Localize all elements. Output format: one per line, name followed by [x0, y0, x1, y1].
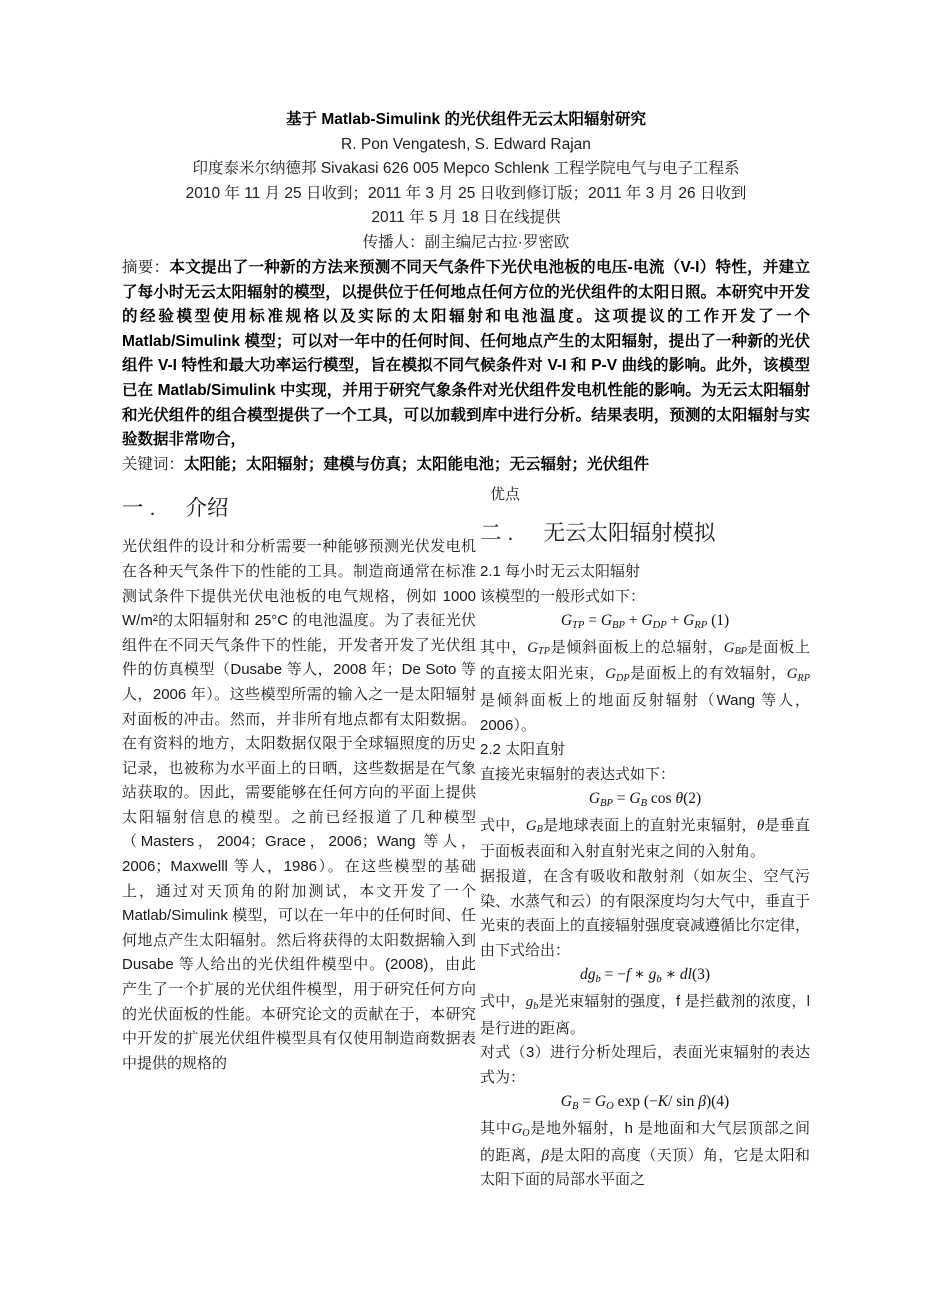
- keywords-label: 关键词：: [122, 456, 184, 473]
- section-2-heading: 二 .无云太阳辐射模拟: [480, 520, 810, 546]
- section-2-number: 二 .: [480, 521, 513, 545]
- equation-4: GB = GO exp (−K/ sin β)(4): [480, 1090, 810, 1117]
- equation-1-explanation: 其中，GTP是倾斜面板上的总辐射，GBP是面板上的直接太阳光束，GDP是面板上的…: [480, 636, 810, 738]
- subsection-2-1-heading: 2.1 每小时无云太阳辐射: [480, 560, 810, 585]
- page-content: 基于 Matlab-Simulink 的光伏组件无云太阳辐射研究 R. Pon …: [122, 108, 810, 1193]
- keywords-paragraph: 关键词：太阳能；太阳辐射；建模与仿真；太阳能电池；无云辐射；光伏组件: [122, 453, 810, 478]
- online-date-line: 2011 年 5 月 18 日在线提供: [122, 206, 810, 231]
- equation-3-explanation: 式中，gb是光束辐射的强度，f 是拦截剂的浓度，l 是行进的距离。: [480, 990, 810, 1041]
- abstract-paragraph: 摘要：本文提出了一种新的方法来预测不同天气条件下光伏电池板的电压-电流（V-I）…: [122, 256, 810, 453]
- keywords-text: 太阳能；太阳辐射；建模与仿真；太阳能电池；无云辐射；光伏组件: [184, 456, 649, 473]
- section-2-title: 无云太阳辐射模拟: [543, 521, 715, 545]
- equation-1: GTP = GBP + GDP + GRP (1): [480, 609, 810, 636]
- right-column: 优点 二 .无云太阳辐射模拟 2.1 每小时无云太阳辐射 该模型的一般形式如下：…: [480, 483, 810, 1192]
- affiliation-line: 印度泰米尔纳德邦 Sivakasi 626 005 Mepco Schlenk …: [122, 157, 810, 182]
- equation-2-explanation: 式中，GB是地球表面上的直射光束辐射，θ是垂直于面板表面和入射直射光束之间的入射…: [480, 814, 810, 865]
- introduction-paragraph: 光伏组件的设计和分析需要一种能够预测光伏发电机在各种天气条件下的性能的工具。制造…: [122, 535, 476, 1076]
- equation-4-explanation: 其中GO是地外辐射，h 是地面和大气层顶部之间的距离，β是太阳的高度（天顶）角，…: [480, 1117, 810, 1193]
- equation-4-lead: 对式（3）进行分析处理后，表面光束辐射的表达式为：: [480, 1041, 810, 1090]
- document-page: 基于 Matlab-Simulink 的光伏组件无云太阳辐射研究 R. Pon …: [0, 0, 925, 1309]
- paper-header: 基于 Matlab-Simulink 的光伏组件无云太阳辐射研究 R. Pon …: [122, 108, 810, 255]
- section-1-title: 介绍: [185, 496, 228, 520]
- two-column-body: 一 .介绍 光伏组件的设计和分析需要一种能够预测光伏发电机在各种天气条件下的性能…: [122, 483, 810, 1192]
- subsection-2-2-lead: 直接光束辐射的表达式如下：: [480, 763, 810, 788]
- abstract-label: 摘要：: [122, 259, 169, 276]
- equation-3: dgb = −f ∗ gb ∗ dl(3): [480, 963, 810, 990]
- carryover-text: 优点: [490, 483, 810, 508]
- subsection-2-2-heading: 2.2 太阳直射: [480, 738, 810, 763]
- beer-law-paragraph: 据报道，在含有吸收和散射剂（如灰尘、空气污染、水蒸气和云）的有限深度均匀大气中，…: [480, 865, 810, 963]
- subsection-2-1-lead: 该模型的一般形式如下：: [480, 585, 810, 610]
- abstract-text: 本文提出了一种新的方法来预测不同天气条件下光伏电池板的电压-电流（V-I）特性，…: [122, 259, 810, 448]
- authors-line: R. Pon Vengatesh, S. Edward Rajan: [122, 133, 810, 158]
- section-1-number: 一 .: [122, 496, 155, 520]
- paper-title: 基于 Matlab-Simulink 的光伏组件无云太阳辐射研究: [122, 108, 810, 133]
- received-dates-line: 2010 年 11 月 25 日收到；2011 年 3 月 25 日收到修订版；…: [122, 182, 810, 207]
- left-column: 一 .介绍 光伏组件的设计和分析需要一种能够预测光伏发电机在各种天气条件下的性能…: [122, 483, 476, 1192]
- communicator-line: 传播人：副主编尼古拉·罗密欧: [122, 231, 810, 256]
- equation-2: GBP = GB cos θ(2): [480, 787, 810, 814]
- section-1-heading: 一 .介绍: [122, 495, 476, 521]
